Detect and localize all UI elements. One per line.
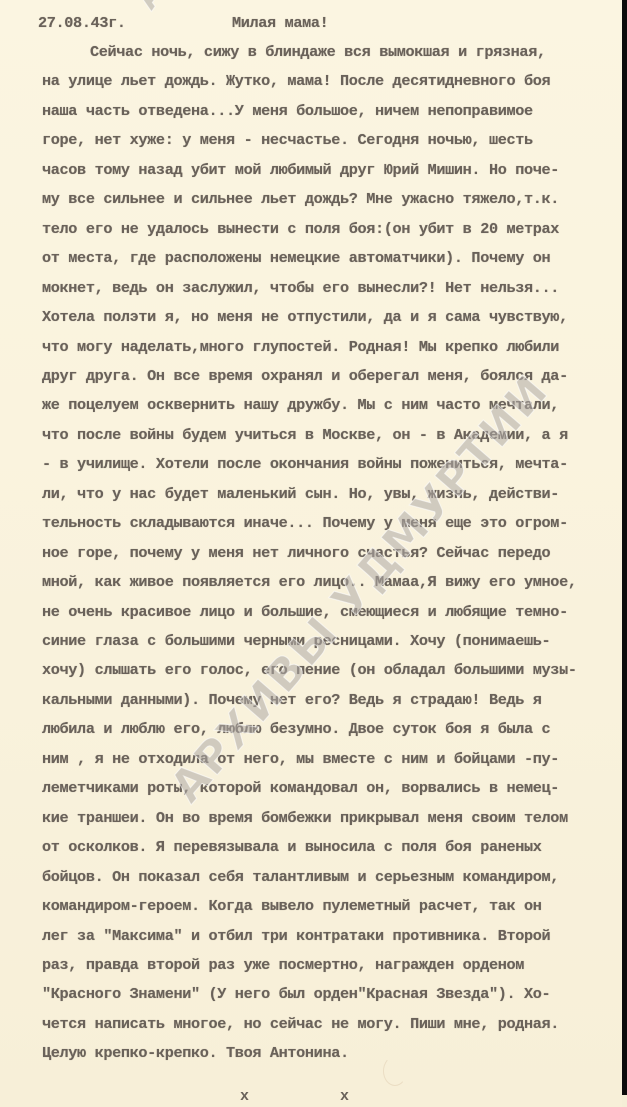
footer-mark: x [240, 1088, 249, 1105]
archive-watermark-top: АРХ [126, 0, 207, 17]
letter-line: "Красного Знамени" (У него был орден"Кра… [42, 985, 550, 1003]
letter-line: на улице льет дождь. Жутко, мама! После … [42, 72, 550, 90]
letter-line: ли, что у нас будет маленький сын. Но, у… [42, 485, 559, 503]
letter-line: же поцелуем осквернить нашу дружбу. Мы с… [42, 396, 559, 414]
letter-line: ним , я не отходила от него, мы вместе с… [42, 750, 559, 768]
letter-line: чется написать многое, но сейчас не могу… [42, 1015, 559, 1033]
letter-line: леметчиками роты, которой командовал он,… [42, 779, 559, 797]
letter-line: тело его не удалось вынести с поля боя:(… [42, 220, 559, 238]
letter-line: бойцов. Он показал себя талантливым и се… [42, 868, 559, 886]
letter-line: Сейчас ночь, сижу в блиндаже вся вымокша… [90, 43, 546, 61]
letter-line: кальными данными). Почему нет его? Ведь … [42, 691, 542, 709]
letter-line: хочу) слышать его голос, его пение (он о… [42, 661, 577, 679]
letter-line: тельность складываются иначе... Почему у… [42, 514, 568, 532]
letter-line: наша часть отведена...У меня большое, ни… [42, 102, 533, 120]
letter-line: командиром-героем. Когда вывело пулеметн… [42, 897, 542, 915]
letter-line: горе, нет хуже: у меня - несчастье. Сего… [42, 131, 533, 149]
letter-line: от места, где расположены немецкие автом… [42, 249, 550, 267]
document-page: АРХ 27.08.43г. Милая мама! Сейчас ночь, … [0, 0, 622, 1107]
letter-line: - в училище. Хотели после окончания войн… [42, 455, 568, 473]
letter-line: мной, как живое появляется его лицо.. Ма… [42, 573, 577, 591]
letter-line: Хотела полэти я, но меня не отпустили, д… [42, 308, 568, 326]
scan-edge-bottom [622, 1095, 627, 1107]
letter-line: что могу наделать,много глупостей. Родна… [42, 338, 559, 356]
letter-date: 27.08.43г. [38, 14, 126, 32]
letter-line: любила и люблю его, люблю безумно. Двое … [42, 720, 550, 738]
letter-salutation: Милая мама! [232, 14, 328, 32]
letter-line: синие глаза с большими черными ресницами… [42, 632, 550, 650]
letter-line: друг друга. Он все время охранял и обере… [42, 367, 568, 385]
letter-line: Целую крепко-крепко. Твоя Антонина. [42, 1044, 349, 1062]
letter-line: мокнет, ведь он заслужил, чтобы его выне… [42, 279, 559, 297]
footer-mark: x [340, 1088, 349, 1105]
scan-edge [622, 0, 627, 1095]
letter-line: часов тому назад убит мой любимый друг Ю… [42, 161, 559, 179]
letter-line: кие траншеи. Он во время бомбежки прикры… [42, 809, 568, 827]
letter-line: ное горе, почему у меня нет личного счас… [42, 544, 550, 562]
letter-line: му все сильнее и сильнее льет дождь? Мне… [42, 190, 559, 208]
letter-line: что после войны будем учиться в Москве, … [42, 426, 568, 444]
letter-line: лег за "Максима" и отбил три контратаки … [42, 927, 550, 945]
paper-stain [383, 1056, 407, 1086]
letter-line: не очень красивое лицо и большие, смеющи… [42, 603, 568, 621]
letter-line: от осколков. Я перевязывала и выносила с… [42, 838, 542, 856]
letter-line: раз, правда второй раз уже посмертно, на… [42, 956, 524, 974]
